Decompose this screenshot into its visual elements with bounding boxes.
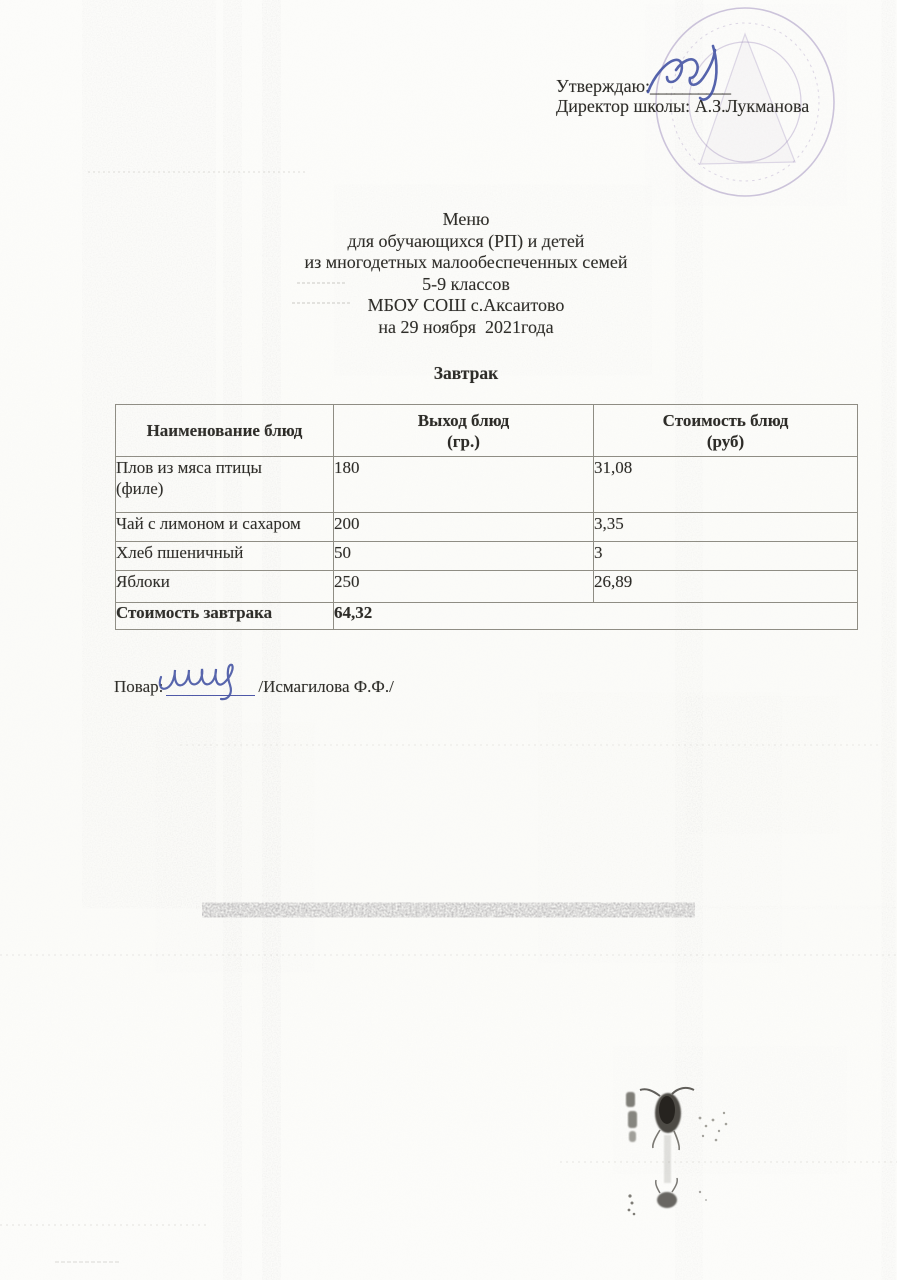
menu-title-line: Меню: [0, 209, 897, 231]
menu-title-line: на 29 ноября 2021года: [0, 317, 897, 339]
col-name-header: Наименование блюд: [116, 405, 334, 457]
dish-weight: 250: [334, 571, 594, 603]
col-weight-header: Выход блюд (гр.): [334, 405, 594, 457]
title-block: Меню для обучающихся (РП) и детей из мно…: [0, 209, 897, 338]
table-row: Хлеб пшеничный 50 3: [116, 542, 858, 571]
table-row: Плов из мяса птицы (филе) 180 31,08: [116, 457, 858, 513]
meal-heading: Завтрак: [0, 363, 897, 384]
menu-table: Наименование блюд Выход блюд (гр.) Стоим…: [115, 404, 858, 630]
total-value: 64,32: [334, 603, 858, 630]
table-total-row: Стоимость завтрака 64,32: [116, 603, 858, 630]
dish-name: Яблоки: [116, 571, 334, 603]
dish-weight: 50: [334, 542, 594, 571]
col-price-header: Стоимость блюд (руб): [594, 405, 858, 457]
dish-name: Хлеб пшеничный: [116, 542, 334, 571]
dish-weight: 200: [334, 513, 594, 542]
dish-name: Плов из мяса птицы (филе): [116, 457, 276, 499]
total-label: Стоимость завтрака: [116, 603, 334, 630]
scanned-menu-document: Утверждаю:__________ Директор школы: А.З…: [0, 0, 897, 1280]
cook-signature: [155, 655, 260, 703]
dish-name: Чай с лимоном и сахаром: [116, 513, 334, 542]
dish-price: 31,08: [594, 457, 858, 513]
document-content: Меню для обучающихся (РП) и детей из мно…: [0, 0, 897, 1280]
dish-weight: 180: [334, 457, 594, 513]
menu-title-line: 5-9 классов: [0, 274, 897, 296]
director-signature: [640, 44, 765, 106]
dish-price: 3: [594, 542, 858, 571]
menu-title-line: из многодетных малообеспеченных семей: [0, 252, 897, 274]
menu-title-line: для обучающихся (РП) и детей: [0, 231, 897, 253]
cook-name: /Исмагилова Ф.Ф./: [258, 677, 393, 697]
menu-title-line: МБОУ СОШ с.Аксаитово: [0, 295, 897, 317]
dish-price: 3,35: [594, 513, 858, 542]
table-row: Яблоки 250 26,89: [116, 571, 858, 603]
dish-price: 26,89: [594, 571, 858, 603]
table-header-row: Наименование блюд Выход блюд (гр.) Стоим…: [116, 405, 858, 457]
table-row: Чай с лимоном и сахаром 200 3,35: [116, 513, 858, 542]
